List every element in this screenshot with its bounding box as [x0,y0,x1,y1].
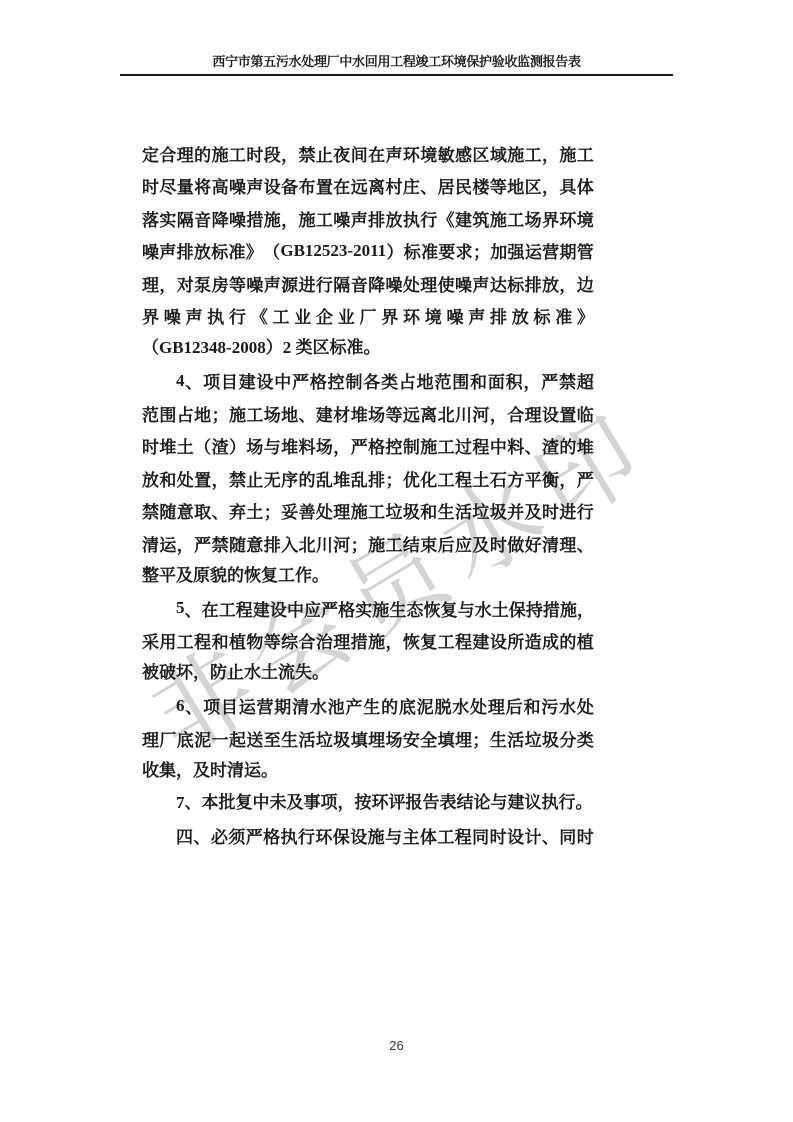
text-glyph: 标 [534,303,551,328]
text-glyph: 理 [525,401,542,426]
text-glyph: 施 [507,141,524,166]
text-glyph: 水 [475,596,492,621]
text-glyph: 中 [490,433,507,458]
text-glyph: 成 [542,628,559,653]
text-glyph: 业 [338,303,355,328]
text-glyph: 设 [490,628,507,653]
text-glyph: 置 [316,173,333,198]
text-glyph: 标 [404,238,421,263]
text-glyph: 加 [490,238,507,263]
text-glyph: 噪 [455,271,472,296]
text-glyph: 4 [176,371,185,391]
text-glyph: 》 [577,303,594,328]
text-glyph: 目 [221,693,238,718]
text-glyph: 控 [328,368,345,393]
text-glyph: 超 [577,368,594,393]
text-glyph: 垃 [385,498,402,523]
text-glyph: 厂 [159,726,176,751]
text-glyph: 施 [264,206,281,231]
text-glyph: 一 [212,726,229,751]
text-glyph: 清 [142,531,159,556]
text-glyph: 域 [490,141,507,166]
text-glyph: 态 [406,596,423,621]
text-glyph: 期 [274,693,291,718]
text-glyph: 结 [403,531,420,556]
text-glyph: 全 [420,726,437,751]
text-glyph: 泵 [194,271,211,296]
text-glyph: 化 [420,466,437,491]
text-glyph: 河 [333,531,350,556]
text-glyph: 弃 [229,498,246,523]
text-glyph: 《 [438,206,455,231]
text-glyph: 施 [212,141,229,166]
text-glyph: 声 [186,303,203,328]
text-glyph: 筑 [472,206,489,231]
text-glyph: 定 [142,141,159,166]
text-glyph: 界 [142,303,159,328]
text-glyph: 理 [333,498,350,523]
text-glyph: 堆 [333,466,350,491]
text-glyph: 临 [577,401,594,426]
text-glyph: 乱 [316,466,333,491]
text-line: 理厂底泥一起送至生活垃圾填埋场安全填埋；生活垃圾分类 [142,722,594,755]
text-glyph: 理 [333,628,350,653]
text-glyph: 庄 [403,173,420,198]
text-glyph: ， [333,433,350,458]
text-glyph: 所 [507,628,524,653]
text-glyph: 地 [507,173,524,198]
text-glyph: 场 [316,433,333,458]
text-glyph: 及 [472,531,489,556]
text-glyph: 活 [299,726,316,751]
text-glyph: 同 [559,823,576,848]
text-glyph: 合 [159,141,176,166]
text-glyph: 圾 [490,498,507,523]
text-glyph: 至 [264,726,281,751]
text-glyph: ） [229,433,246,458]
text-glyph: 区 [525,173,542,198]
text-glyph: ， [281,141,298,166]
text-glyph: 衡 [542,466,559,491]
text-glyph: 后 [506,693,523,718]
text-glyph: 行 [420,206,437,231]
text-glyph: 中 [287,596,304,621]
text-glyph: 的 [559,628,576,653]
text-glyph: ， [212,466,229,491]
text-glyph: 使 [438,271,455,296]
text-glyph: 放 [385,206,402,231]
text-glyph: 时 [142,173,159,198]
text-glyph: 场 [368,401,385,426]
text-glyph: 合 [507,401,524,426]
text-glyph: 类 [577,726,594,751]
text-glyph: 后 [438,531,455,556]
text-glyph: 噪 [333,206,350,231]
text-line: 理，对泵房等噪声源进行隔音降噪处理使噪声达标排放，边 [142,267,594,300]
text-glyph: 排 [177,238,194,263]
text-glyph: 工 [525,141,542,166]
text-glyph: 准 [555,303,572,328]
text-glyph: 平 [525,466,542,491]
text-glyph: 无 [264,466,281,491]
text-glyph: 施 [299,206,316,231]
text-glyph: 夜 [333,141,350,166]
text-glyph: 居 [438,173,455,198]
text-glyph: 范 [142,401,159,426]
text-glyph: 和 [159,466,176,491]
text-glyph: 设 [256,368,273,393]
text-glyph: 工 [246,401,263,426]
text-glyph: 土 [492,596,509,621]
text-glyph: 工 [316,206,333,231]
text-glyph: 置 [559,401,576,426]
text-glyph: 在 [202,596,219,621]
text-glyph: 严 [321,596,338,621]
text-glyph: 范 [434,368,451,393]
text-line: 时堆土（渣）场与堆料场，严格控制施工过程中料、渣的堆 [142,430,594,463]
text-glyph: 填 [351,726,368,751]
text-glyph: 放 [512,303,529,328]
text-glyph: 准 [228,238,245,263]
text-glyph: 四 [176,823,193,848]
text-line: 7、本批复中未及事项，按环评报告表结论与建议执行。 [142,787,594,820]
text-glyph: 保 [333,823,350,848]
text-glyph: 严 [194,531,211,556]
text-glyph: 须 [228,823,245,848]
text-glyph: 求 [456,238,473,263]
text-glyph: 水 [452,693,469,718]
text-glyph: 界 [542,206,559,231]
text-glyph: 、 [185,368,202,393]
text-glyph: 圾 [542,726,559,751]
text-glyph: 和 [470,368,487,393]
text-glyph: 强 [508,238,525,263]
text-glyph: 备 [281,173,298,198]
text-glyph: 环 [403,303,420,328]
text-glyph: 垃 [472,498,489,523]
text-glyph: 工 [273,303,290,328]
text-glyph: 声 [472,271,489,296]
text-line: 5、在工程建设中应严格实施生态恢复与水土保持措施， [142,592,594,625]
text-glyph: 执 [281,823,298,848]
text-glyph: 和 [420,498,437,523]
text-glyph: 、 [185,596,202,621]
text-glyph: 远 [403,401,420,426]
text-glyph: 置 [194,466,211,491]
text-glyph: 场 [264,401,281,426]
text-glyph: 程 [194,628,211,653]
text-glyph: 生 [490,726,507,751]
text-glyph: 地 [417,368,434,393]
text-glyph: 环 [403,141,420,166]
text-glyph: 降 [368,271,385,296]
text-glyph: 高 [212,173,229,198]
text-glyph: 等 [385,401,402,426]
text-glyph: 管 [577,238,594,263]
text-glyph: 禁 [559,368,576,393]
text-glyph: 与 [385,823,402,848]
text-glyph: 填 [438,726,455,751]
page-title: 西宁市第五污水处理厂中水回用工程竣工环境保护验收监测报告表 [0,51,793,70]
text-glyph: 工 [437,823,454,848]
text-line: 清运，严禁随意排入北川河；施工结束后应及时做好清理、 [142,527,594,560]
text-glyph: 行 [298,823,315,848]
text-glyph: 的 [299,466,316,491]
text-glyph: 设 [264,173,281,198]
text-glyph: 意 [177,498,194,523]
text-line: 收集，及时清运。 [142,755,594,788]
text-glyph: 场 [525,206,542,231]
text-glyph: 达 [490,271,507,296]
text-glyph: 用 [159,628,176,653]
text-glyph: 排 [368,466,385,491]
text-glyph: 设 [350,823,367,848]
text-glyph: 的 [381,693,398,718]
text-line: 界噪声执行《工业企业厂界环境噪声排放标准》 [142,300,594,333]
text-glyph: 止 [246,466,263,491]
text-glyph: 止 [316,141,333,166]
text-glyph: 的 [194,141,211,166]
text-glyph: 运 [239,693,256,718]
text-glyph: 设 [270,596,287,621]
header-rule [120,74,673,76]
text-glyph: 量 [177,173,194,198]
text-glyph: 时 [542,498,559,523]
text-glyph: 离 [368,173,385,198]
text-glyph: ； [473,238,490,263]
text-glyph: 主 [402,823,419,848]
text-glyph: 底 [399,693,416,718]
text-glyph: 离 [420,401,437,426]
text-glyph: 、 [193,823,210,848]
text-line: 采用工程和植物等综合治理措施，恢复工程建设所造成的植 [142,625,594,658]
text-glyph: 场 [385,726,402,751]
text-glyph: 渣 [542,433,559,458]
text-glyph: 噪 [447,303,464,328]
text-glyph: 持 [526,596,543,621]
text-glyph: 建 [472,628,489,653]
text-glyph: 营 [542,238,559,263]
text-glyph: 声 [159,238,176,263]
text-glyph: 境 [420,141,437,166]
text-glyph: 池 [328,693,345,718]
text-glyph: 实 [159,206,176,231]
text-glyph: 禁 [299,141,316,166]
text-glyph: 《 [251,303,268,328]
text-glyph: 标 [211,238,228,263]
text-glyph: 生 [363,693,380,718]
text-glyph: 理 [559,531,576,556]
text-glyph: 施 [490,206,507,231]
text-glyph: ； [351,531,368,556]
text-glyph: 造 [525,628,542,653]
text-glyph: 噪 [142,238,159,263]
text-glyph: 体 [577,173,594,198]
text-glyph: 声 [246,173,263,198]
text-glyph: 地 [281,401,298,426]
text-glyph: 源 [281,271,298,296]
text-glyph: 建 [239,368,256,393]
text-glyph: 区 [472,141,489,166]
text-line: 禁随意取、弃土；妥善处理施工垃圾和生活垃圾并及时进行 [142,495,594,528]
text-glyph: 境 [577,206,594,231]
text-glyph: 措 [543,596,560,621]
text-line: 范围占地；施工场地、建材堆场等远离北川河，合理设置临 [142,397,594,430]
text-glyph: 的 [559,433,576,458]
text-glyph: 埋 [455,726,472,751]
text-glyph: 、 [525,433,542,458]
text-glyph: 工 [219,596,236,621]
text-glyph: 清 [542,531,559,556]
text-glyph: ， [559,271,576,296]
text-glyph: 堆 [577,433,594,458]
text-line: 整平及原貌的恢复工作。 [142,560,594,593]
text-line: 四、必须严格执行环保设施与主体工程同时设计、同时 [142,820,594,853]
text-glyph: 音 [194,206,211,231]
text-glyph: 起 [229,726,246,751]
text-glyph: 格 [263,823,280,848]
text-glyph: 计 [524,823,541,848]
text-glyph: 业 [294,303,311,328]
text-glyph: 进 [299,271,316,296]
text-glyph: 复 [441,596,458,621]
text-line: 落实隔音降噪措施，施工噪声排放执行《建筑施工场界环境 [142,202,594,235]
text-glyph: 制 [403,433,420,458]
text-glyph: 生 [389,596,406,621]
text-glyph: ； [385,466,402,491]
text-glyph: ， [523,368,540,393]
text-glyph: 入 [281,531,298,556]
text-glyph: 程 [455,466,472,491]
text-glyph: 川 [316,531,333,556]
text-glyph: ， [577,596,594,621]
text-glyph: 控 [385,433,402,458]
text-glyph: 类 [381,368,398,393]
text-glyph: 及 [525,498,542,523]
text-glyph: 产 [345,693,362,718]
text-glyph: 优 [403,466,420,491]
text-glyph: 占 [399,368,416,393]
text-glyph: 理 [488,693,505,718]
text-glyph: 设 [542,401,559,426]
text-glyph: （ [263,238,280,263]
text-glyph: 6 [176,696,185,716]
text-glyph: 等 [264,628,281,653]
text-glyph: 处 [177,466,194,491]
text-glyph: 围 [159,401,176,426]
text-glyph: 程 [455,628,472,653]
text-glyph: 排 [525,271,542,296]
text-glyph: 行 [316,271,333,296]
text-glyph: 严 [292,368,309,393]
text-glyph: 采 [142,628,159,653]
text-glyph: 噪 [385,271,402,296]
text-glyph: 时 [490,531,507,556]
text-glyph: 排 [490,303,507,328]
text-glyph: 工 [229,141,246,166]
text-glyph: 落 [142,206,159,231]
text-glyph: 物 [246,628,263,653]
text-glyph: 水 [310,693,327,718]
text-glyph: 目 [221,368,238,393]
text-glyph: 序 [281,466,298,491]
text-glyph: 、 [212,498,229,523]
text-glyph: 随 [229,531,246,556]
text-glyph: 恢 [423,596,440,621]
text-glyph: 工 [507,206,524,231]
text-glyph: 行 [577,498,594,523]
text-glyph: 施 [351,498,368,523]
text-glyph: 厂 [360,303,377,328]
text-glyph: 噪 [246,271,263,296]
text-glyph: 施 [560,596,577,621]
text-glyph: 取 [194,498,211,523]
text-glyph: 应 [304,596,321,621]
text-glyph: 束 [420,531,437,556]
text-glyph: 运 [159,531,176,556]
text-glyph: 和 [212,628,229,653]
text-glyph: 积 [506,368,523,393]
text-glyph: 具 [559,173,576,198]
text-glyph: 放 [542,271,559,296]
text-glyph: 堆 [351,401,368,426]
text-glyph: 送 [246,726,263,751]
text-glyph: 格 [338,596,355,621]
text-line: 6、项目运营期清水池产生的底泥脱水处理后和污水处 [142,690,594,723]
text-glyph: 面 [488,368,505,393]
text-glyph: 底 [177,726,194,751]
text-glyph: 圾 [333,726,350,751]
text-glyph: 施 [368,628,385,653]
text-glyph: 妥 [281,498,298,523]
text-glyph: 噪 [229,173,246,198]
text-glyph: 严 [541,368,558,393]
text-glyph: 声 [385,141,402,166]
text-glyph: 期 [559,238,576,263]
text-glyph: 放 [194,238,211,263]
text-glyph: 、 [299,401,316,426]
text-glyph: 垃 [316,726,333,751]
text-glyph: 、 [542,823,559,848]
text-glyph: 围 [452,368,469,393]
text-glyph: 行 [229,303,246,328]
text-glyph: 各 [363,368,380,393]
text-glyph: 植 [577,628,594,653]
text-glyph: 项 [203,368,220,393]
text-glyph: 将 [194,173,211,198]
text-glyph: 民 [455,173,472,198]
text-glyph: 保 [509,596,526,621]
text-glyph: 标 [507,271,524,296]
text-glyph: 声 [264,271,281,296]
text-glyph: 场 [246,433,263,458]
text-glyph: 方 [507,466,524,491]
text-line: 噪声排放标准》（GB12523-2011）标准要求；加强运营期管 [142,235,594,268]
text-glyph: 植 [229,628,246,653]
text-glyph: 工 [438,433,455,458]
text-glyph: 恢 [403,628,420,653]
text-glyph: 土 [177,433,194,458]
text-glyph: 埋 [368,726,385,751]
text-line: 被破坏，防止水土流失。 [142,657,594,690]
text-glyph: 排 [264,531,281,556]
text-glyph: 对 [177,271,194,296]
text-glyph: 感 [455,141,472,166]
text-glyph: 安 [403,726,420,751]
text-glyph: 意 [246,531,263,556]
text-glyph: 措 [246,206,263,231]
text-glyph: ， [177,531,194,556]
